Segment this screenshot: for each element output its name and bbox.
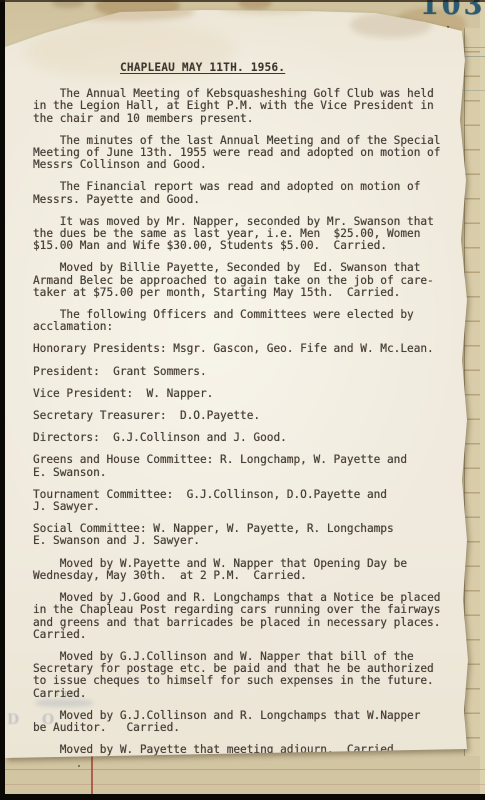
paragraph-notice-cars: Moved by J.Good and R. Longchamps that a…	[33, 592, 469, 641]
paragraph-financial-report: The Financial report was read and adopte…	[33, 181, 469, 205]
officer-president: President: Grant Sommers.	[33, 366, 469, 378]
scanned-minutes-page: 103 THE D O CHAPLEAU MAY 11TH. 1956. The…	[0, 0, 485, 800]
paragraph-annual-meeting: The Annual Meeting of Kebsquasheshing Go…	[33, 88, 469, 125]
committee-tournament: Tournament Committee: G.J.Collinson, D.O…	[33, 489, 469, 513]
paper-sheet-surface: THE D O CHAPLEAU MAY 11TH. 1956. The Ann…	[5, 0, 468, 763]
scan-border-left	[0, 0, 5, 800]
sheet-stain	[50, 3, 195, 21]
paragraph-adjourn: Moved by W. Payette that meeting adjourn…	[33, 744, 469, 756]
ledger-rule-line	[0, 784, 485, 785]
committee-greens-house: Greens and House Committee: R. Longchamp…	[33, 454, 469, 478]
paragraph-minutes-adopted: The minutes of the last Annual Meeting a…	[33, 135, 469, 172]
paragraph-caretaker-motion: Moved by Billie Payette, Seconded by Ed.…	[33, 262, 469, 299]
ledger-rule-line	[0, 769, 485, 770]
ink-speck	[78, 765, 80, 767]
committee-social: Social Committee: W. Napper, W. Payette,…	[33, 523, 469, 547]
scan-border-bottom	[0, 794, 485, 800]
typed-text-column: CHAPLEAU MAY 11TH. 1956. The Annual Meet…	[33, 62, 469, 766]
document-title: CHAPLEAU MAY 11TH. 1956.	[120, 62, 469, 74]
officer-honorary-presidents: Honorary Presidents: Msgr. Gascon, Geo. …	[33, 343, 469, 355]
paper-sheet: THE D O CHAPLEAU MAY 11TH. 1956. The Ann…	[5, 0, 468, 763]
ledger-page-edge	[480, 0, 485, 800]
officer-directors: Directors: G.J.Collinson and J. Good.	[33, 432, 469, 444]
sheet-stain	[220, 0, 315, 14]
officer-secretary-treasurer: Secretary Treasurer: D.O.Payette.	[33, 410, 469, 422]
paragraph-dues-motion: It was moved by Mr. Napper, seconded by …	[33, 216, 469, 253]
scan-border-top	[0, 0, 485, 2]
paragraph-postage-bill: Moved by G.J.Collinson and W. Napper tha…	[33, 651, 469, 700]
paragraph-elections-intro: The following Officers and Committees we…	[33, 309, 469, 333]
officer-vice-president: Vice President: W. Napper.	[33, 388, 469, 400]
paragraph-opening-day: Moved by W.Payette and W. Napper that Op…	[33, 558, 469, 582]
paragraph-auditor: Moved by G.J.Collinson and R. Longchamps…	[33, 710, 469, 734]
sheet-stain	[350, 12, 432, 38]
